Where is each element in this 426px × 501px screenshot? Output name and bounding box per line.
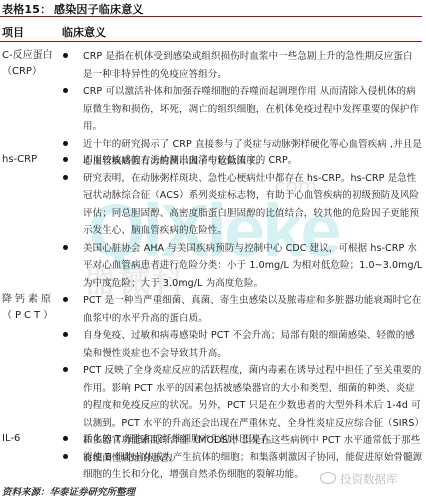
bullet-item: 研究表明，在动脉粥样斑块、急性心梗病灶中都存在 hs-CRP。hs-CRP 是急…: [56, 170, 424, 240]
bullet-dot-icon: [63, 367, 68, 372]
bullet-dot-icon: [63, 175, 68, 180]
bullet-dot-icon: [63, 88, 68, 93]
bullet-item: 即用较敏感的方法检测出血清中较低浓度的 CRP。: [56, 152, 424, 170]
bullet-dot-icon: [63, 332, 68, 337]
wechat-icon: [320, 472, 336, 484]
row-bullets: 即用较敏感的方法检测出血清中较低浓度的 CRP。 研究表明，在动脉粥样斑块、急性…: [56, 152, 424, 292]
table-caption: 表格15：感染因子临床意义: [2, 1, 144, 15]
row-item-label: 降钙素原（PCT）: [2, 292, 58, 324]
table-label: 表格15：: [2, 1, 54, 17]
row-item-label: C-反应蛋白（CRP）: [2, 48, 58, 80]
bullet-item: CRP 是指在机体受到感染或组织损伤时血浆中一些急剧上升的急性期反应蛋白 是一种…: [56, 48, 424, 83]
title-rule: [0, 16, 422, 17]
bullet-dot-icon: [63, 157, 68, 162]
table-title: 感染因子临床意义: [54, 3, 144, 16]
row-item-label: IL-6: [2, 431, 58, 447]
column-header-item: 项目: [2, 24, 24, 40]
bullet-dot-icon: [63, 297, 68, 302]
bullet-item: 美国心脏协会 AHA 与美国疾病预防与控制中心 CDC 建议，可根据 hs-CR…: [56, 240, 424, 293]
header-rule: [0, 41, 422, 42]
column-header-significance: 临床意义: [62, 24, 106, 40]
bullet-dot-icon: [63, 141, 68, 146]
bullet-dot-icon: [63, 245, 68, 250]
bullet-dot-icon: [63, 436, 68, 441]
bullet-item: PCT 是一种当严重细菌、真菌、寄生虫感染以及脓毒症和多脏器功能衰竭时它在血浆中…: [56, 292, 424, 327]
row-item-label: hs-CRP: [2, 152, 58, 168]
bullet-dot-icon: [63, 53, 68, 58]
bullet-item: 自身免疫、过敏和病毒感染时 PCT 不会升高；局部有限的细菌感染、轻微的感染和慢…: [56, 327, 424, 362]
bullet-item: 活化的 T 细胞和成纤维细胞产生的淋巴因子。: [56, 431, 424, 449]
wechat-watermark: 投资数据库: [320, 471, 398, 487]
source-note: 资料来源：华泰证券研究所整理: [2, 484, 135, 498]
bullet-dot-icon: [63, 454, 68, 459]
bullet-item: CRP 可以激活补体和加强吞噬细胞的吞噬而起调理作用 从而清除入侵机体的病原微生…: [56, 83, 424, 136]
